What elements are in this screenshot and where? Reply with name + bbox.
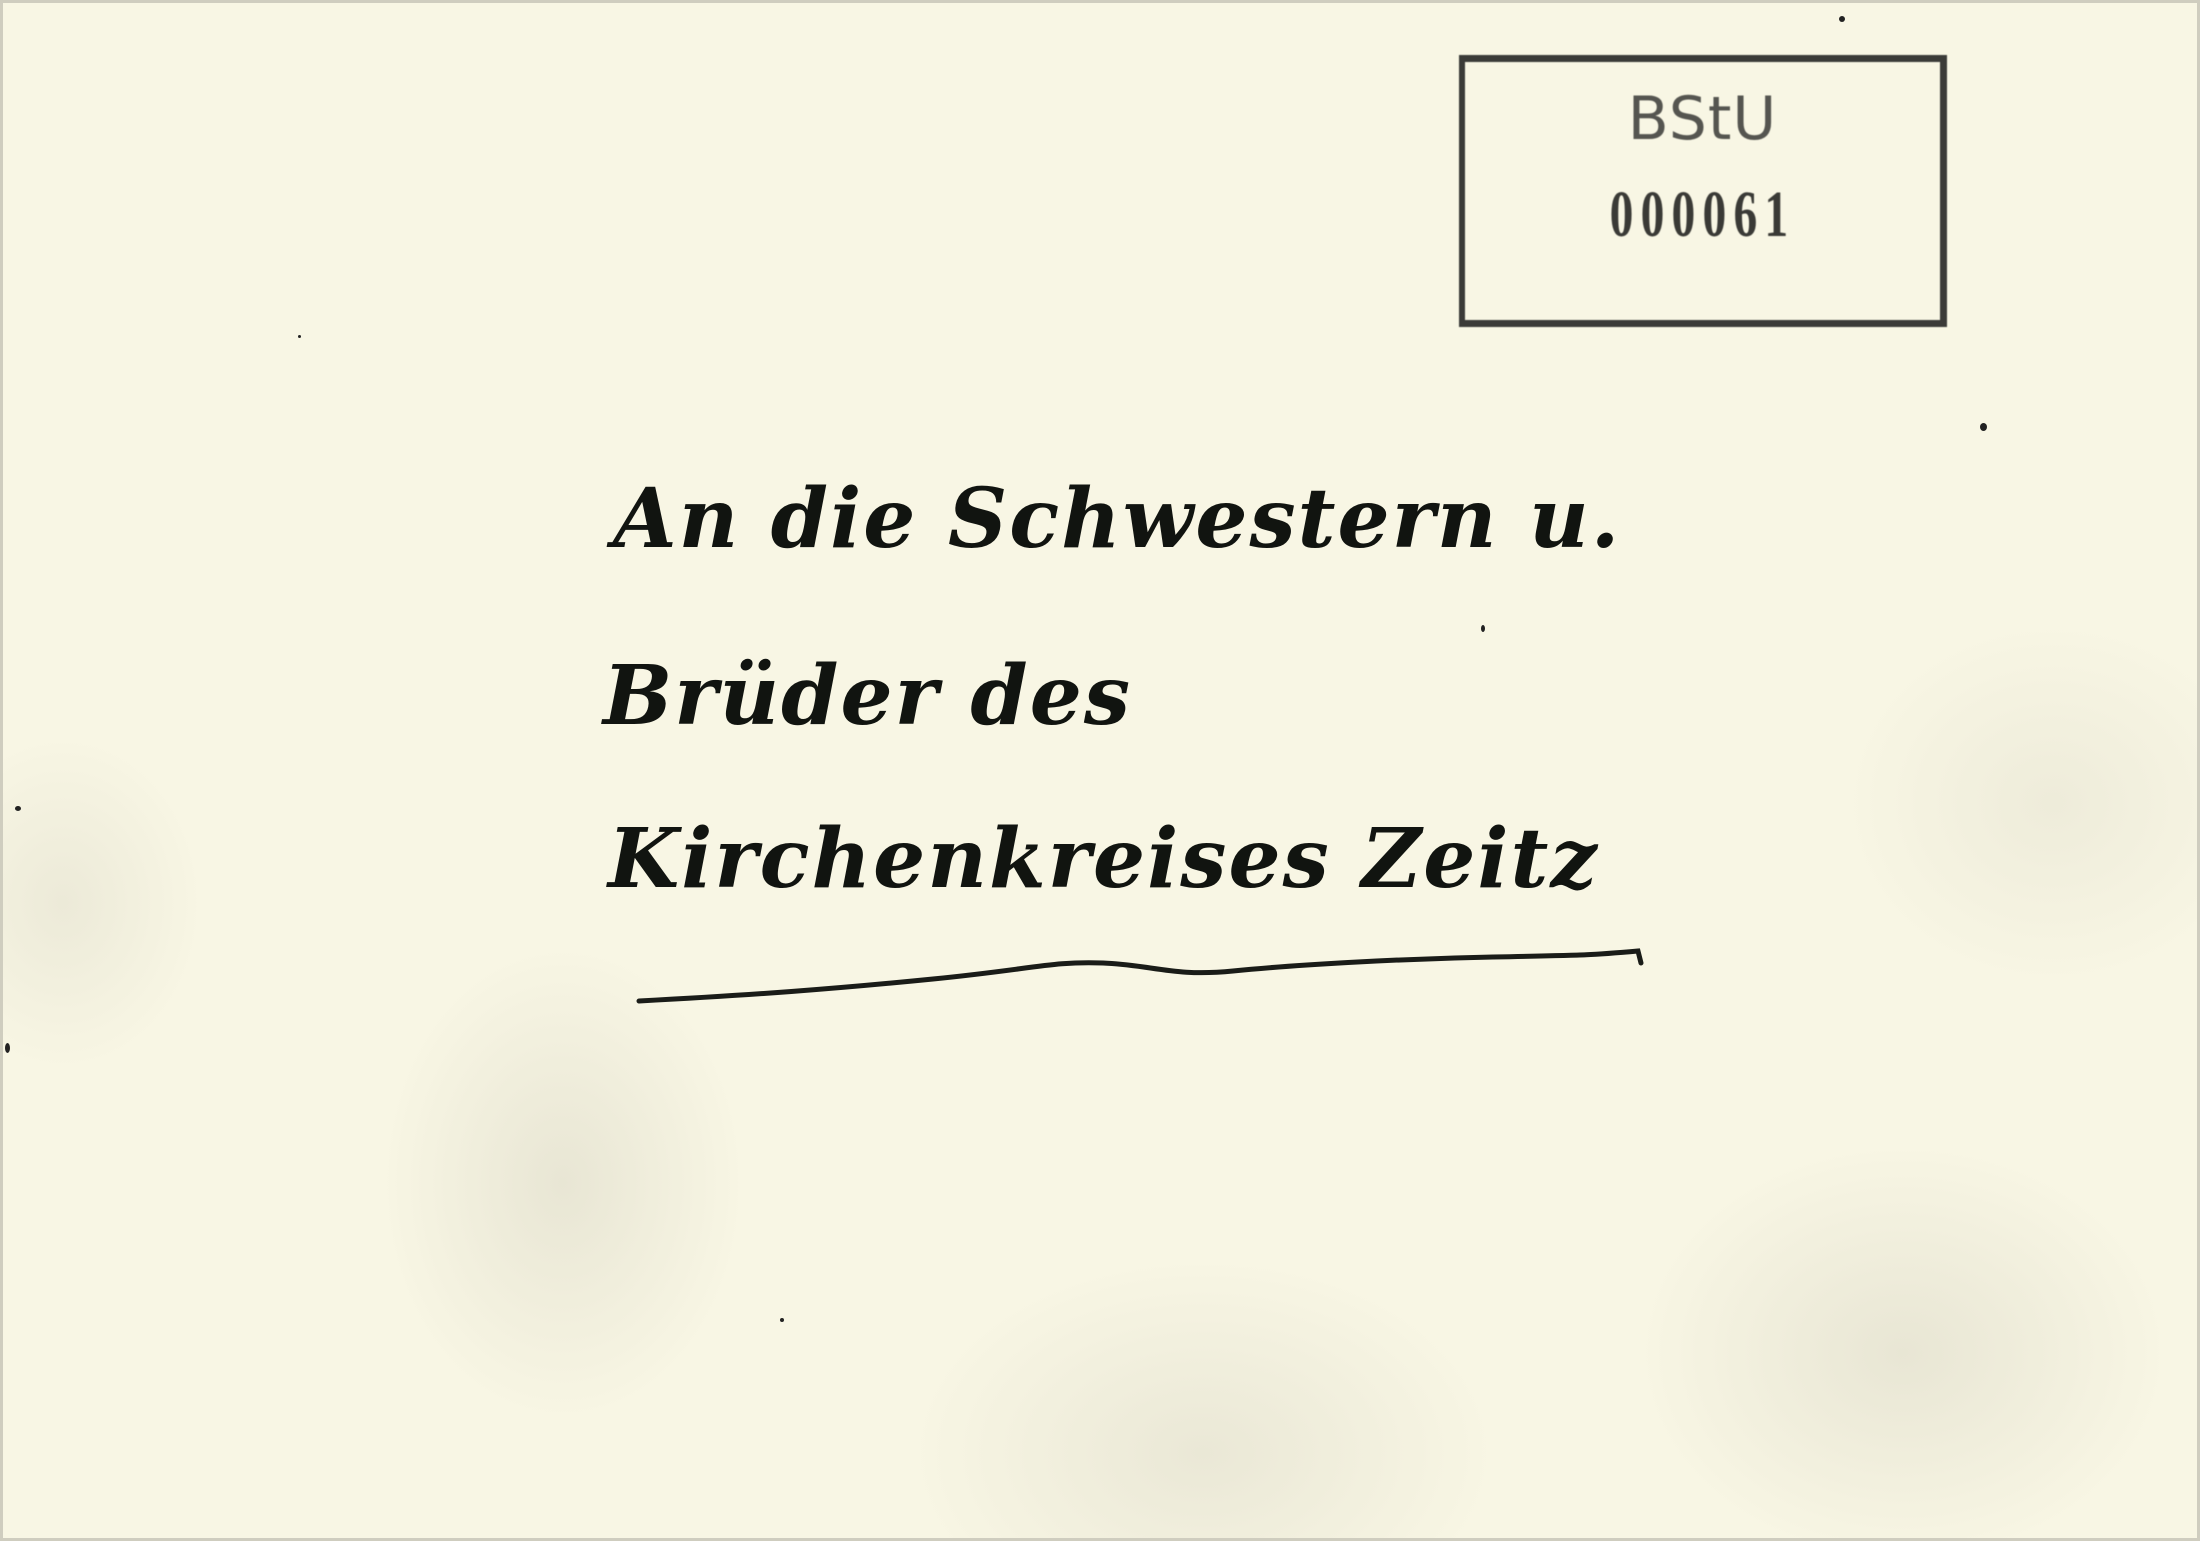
ink-speck: [780, 1318, 784, 1322]
handwritten-line-1: An die Schwestern u.: [613, 471, 1621, 567]
ink-speck: [5, 1043, 10, 1053]
stamp-label: BStU: [1465, 84, 1940, 154]
handwritten-line-2: Brüder des: [603, 648, 1132, 744]
ink-speck: [298, 335, 301, 338]
archive-stamp: BStU 000061: [1459, 55, 1947, 327]
ink-speck: [1839, 16, 1845, 22]
ink-speck: [1980, 423, 1987, 431]
ink-speck: [1481, 625, 1485, 632]
handwritten-line-3: Kirchenkreises Zeitz: [608, 811, 1599, 907]
stamp-number: 000061: [1532, 177, 1874, 253]
document-page: BStU 000061 An die Schwestern u. Brüder …: [0, 0, 2200, 1541]
handwritten-underline: [633, 943, 1653, 1013]
ink-speck: [15, 806, 21, 811]
